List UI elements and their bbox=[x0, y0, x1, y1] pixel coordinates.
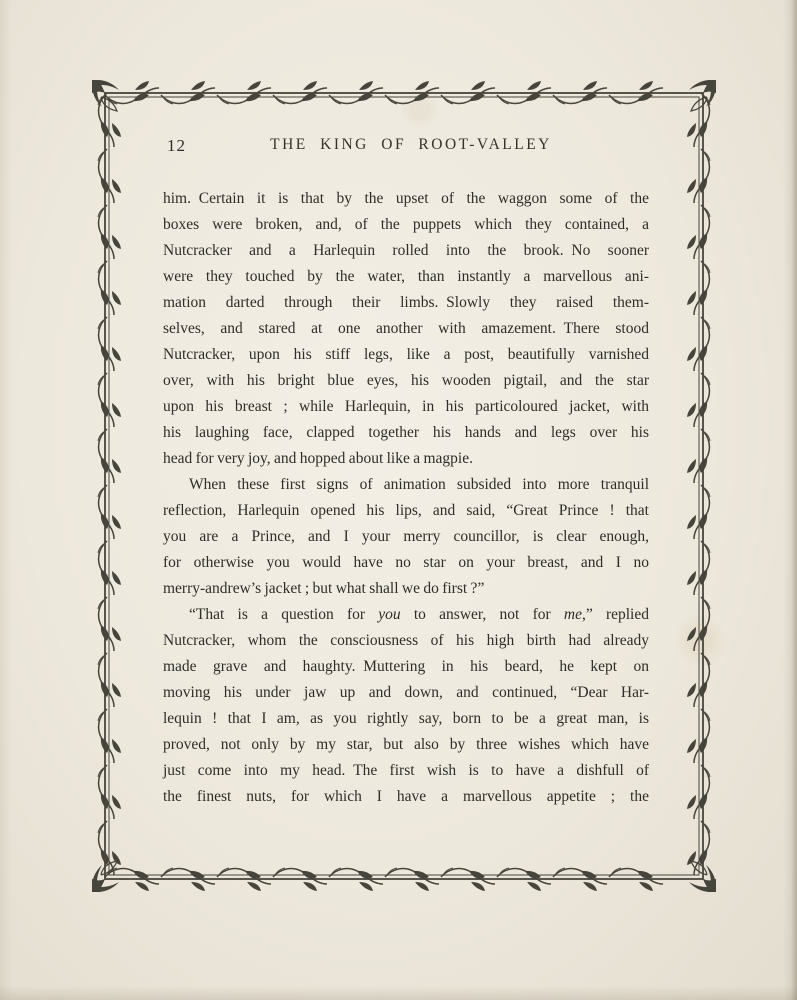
body-text: him. Certain it is that by the upset of … bbox=[163, 186, 649, 810]
text-line: were they touched by the water, than ins… bbox=[163, 264, 649, 290]
text-line: lequin ! that I am, as you rightly say, … bbox=[163, 706, 649, 732]
text-line: Nutcracker, whom the consciousness of hi… bbox=[163, 628, 649, 654]
text-line: boxes were broken, and, of the puppets w… bbox=[163, 212, 649, 238]
paragraph: “That is a question for you to answer, n… bbox=[163, 602, 649, 810]
text-line: When these first signs of animation subs… bbox=[163, 472, 649, 498]
text-column: 12 THE KING OF ROOT-VALLEY him. Certain … bbox=[163, 136, 649, 166]
text-line: selves, and stared at one another with a… bbox=[163, 316, 649, 342]
text-line: merry-andrew’s jacket ; but what shall w… bbox=[163, 576, 649, 602]
text-line: reflection, Harlequin opened his lips, a… bbox=[163, 498, 649, 524]
text-line: upon his breast ; while Harlequin, in hi… bbox=[163, 394, 649, 420]
text-line: moving his under jaw up and down, and co… bbox=[163, 680, 649, 706]
text-line: him. Certain it is that by the upset of … bbox=[163, 186, 649, 212]
text-line: head for very joy, and hopped about like… bbox=[163, 446, 649, 472]
text-line: “That is a question for you to answer, n… bbox=[163, 602, 649, 628]
running-header-row: 12 THE KING OF ROOT-VALLEY bbox=[163, 136, 649, 166]
scanned-book-page: 12 THE KING OF ROOT-VALLEY him. Certain … bbox=[0, 0, 797, 1000]
running-header-title: THE KING OF ROOT-VALLEY bbox=[163, 136, 649, 154]
paragraph: him. Certain it is that by the upset of … bbox=[163, 186, 649, 472]
page-number: 12 bbox=[167, 136, 186, 156]
text-line: Nutcracker and a Harlequin rolled into t… bbox=[163, 238, 649, 264]
text-line: over, with his bright blue eyes, his woo… bbox=[163, 368, 649, 394]
text-line: proved, not only by my star, but also by… bbox=[163, 732, 649, 758]
text-line: mation darted through their limbs. Slowl… bbox=[163, 290, 649, 316]
text-line: just come into my head. The first wish i… bbox=[163, 758, 649, 784]
text-line: you are a Prince, and I your merry counc… bbox=[163, 524, 649, 550]
text-line: Nutcracker, upon his stiff legs, like a … bbox=[163, 342, 649, 368]
text-line: his laughing face, clapped together his … bbox=[163, 420, 649, 446]
paragraph: When these first signs of animation subs… bbox=[163, 472, 649, 602]
text-line: for otherwise you would have no star on … bbox=[163, 550, 649, 576]
text-line: made grave and haughty. Muttering in his… bbox=[163, 654, 649, 680]
text-line: the finest nuts, for which I have a marv… bbox=[163, 784, 649, 810]
